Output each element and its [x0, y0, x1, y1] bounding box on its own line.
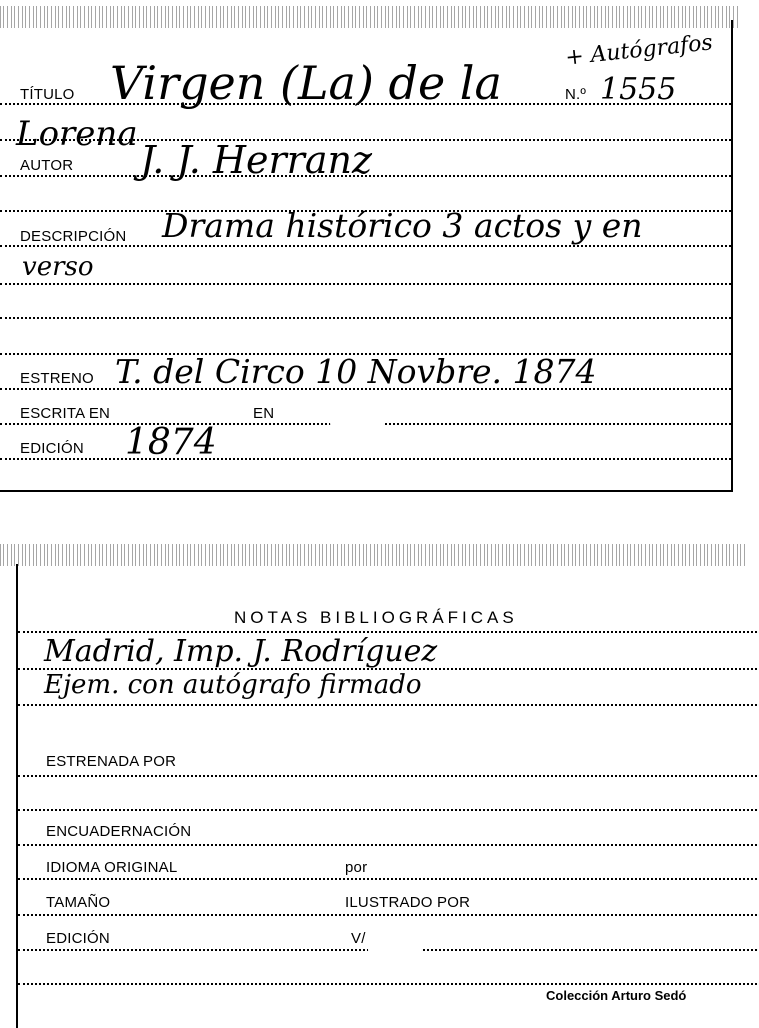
descripcion-value-line2: verso [22, 252, 94, 282]
titulo-value-line2: Lorena [16, 114, 138, 154]
encuadernacion-label: ENCUADERNACIÓN [46, 823, 191, 840]
escrita-en-label: ESCRITA EN [20, 405, 110, 422]
numero-label: N.º [565, 86, 586, 103]
estreno-label: ESTRENO [20, 370, 94, 387]
scan-noise-bottom [0, 544, 745, 566]
edicion-label-2: EDICIÓN [46, 930, 110, 947]
collection-stamp: Colección Arturo Sedó [546, 988, 686, 1003]
autor-label: AUTOR [20, 157, 73, 174]
scan-blot [368, 919, 423, 979]
note-line-2: Ejem. con autógrafo firmado [44, 670, 422, 700]
autor-value: J. J. Herranz [140, 138, 372, 182]
titulo-label: TÍTULO [20, 86, 75, 103]
catalog-card-main: TÍTULO Virgen (La) de la Lorena N.º 1555… [0, 20, 733, 492]
en-label: EN [253, 405, 274, 422]
rule [0, 245, 731, 247]
ilustrado-por-label: ILUSTRADO POR [345, 894, 470, 911]
tamano-label: TAMAÑO [46, 894, 110, 911]
note-line-1: Madrid, Imp. J. Rodríguez [44, 634, 437, 669]
scan-blot [330, 390, 385, 452]
rule [18, 775, 759, 777]
rule [18, 914, 759, 916]
descripcion-label: DESCRIPCIÓN [20, 228, 126, 245]
rule [18, 704, 759, 706]
rule [18, 631, 759, 633]
estrenada-por-label: ESTRENADA POR [46, 753, 176, 770]
titulo-value: Virgen (La) de la [110, 56, 502, 110]
descripcion-value: Drama histórico 3 actos y en [162, 206, 643, 245]
rule [18, 809, 759, 811]
rule [18, 983, 759, 985]
rule [0, 458, 731, 460]
catalog-card-notes: NOTAS BIBLIOGRÁFICAS Madrid, Imp. J. Rod… [16, 564, 759, 1028]
rule [18, 878, 759, 880]
autografos-annotation: + Autógrafos [564, 30, 714, 70]
por-label: por [345, 859, 367, 876]
v-label: V/ [351, 930, 366, 947]
edicion-value: 1874 [125, 422, 217, 463]
idioma-original-label: IDIOMA ORIGINAL [46, 859, 177, 876]
rule [0, 317, 731, 319]
notes-heading: NOTAS BIBLIOGRÁFICAS [234, 608, 518, 628]
edicion-label: EDICIÓN [20, 440, 84, 457]
rule [0, 283, 731, 285]
rule [18, 844, 759, 846]
numero-value: 1555 [600, 72, 676, 107]
estreno-value: T. del Circo 10 Novbre. 1874 [115, 352, 597, 391]
